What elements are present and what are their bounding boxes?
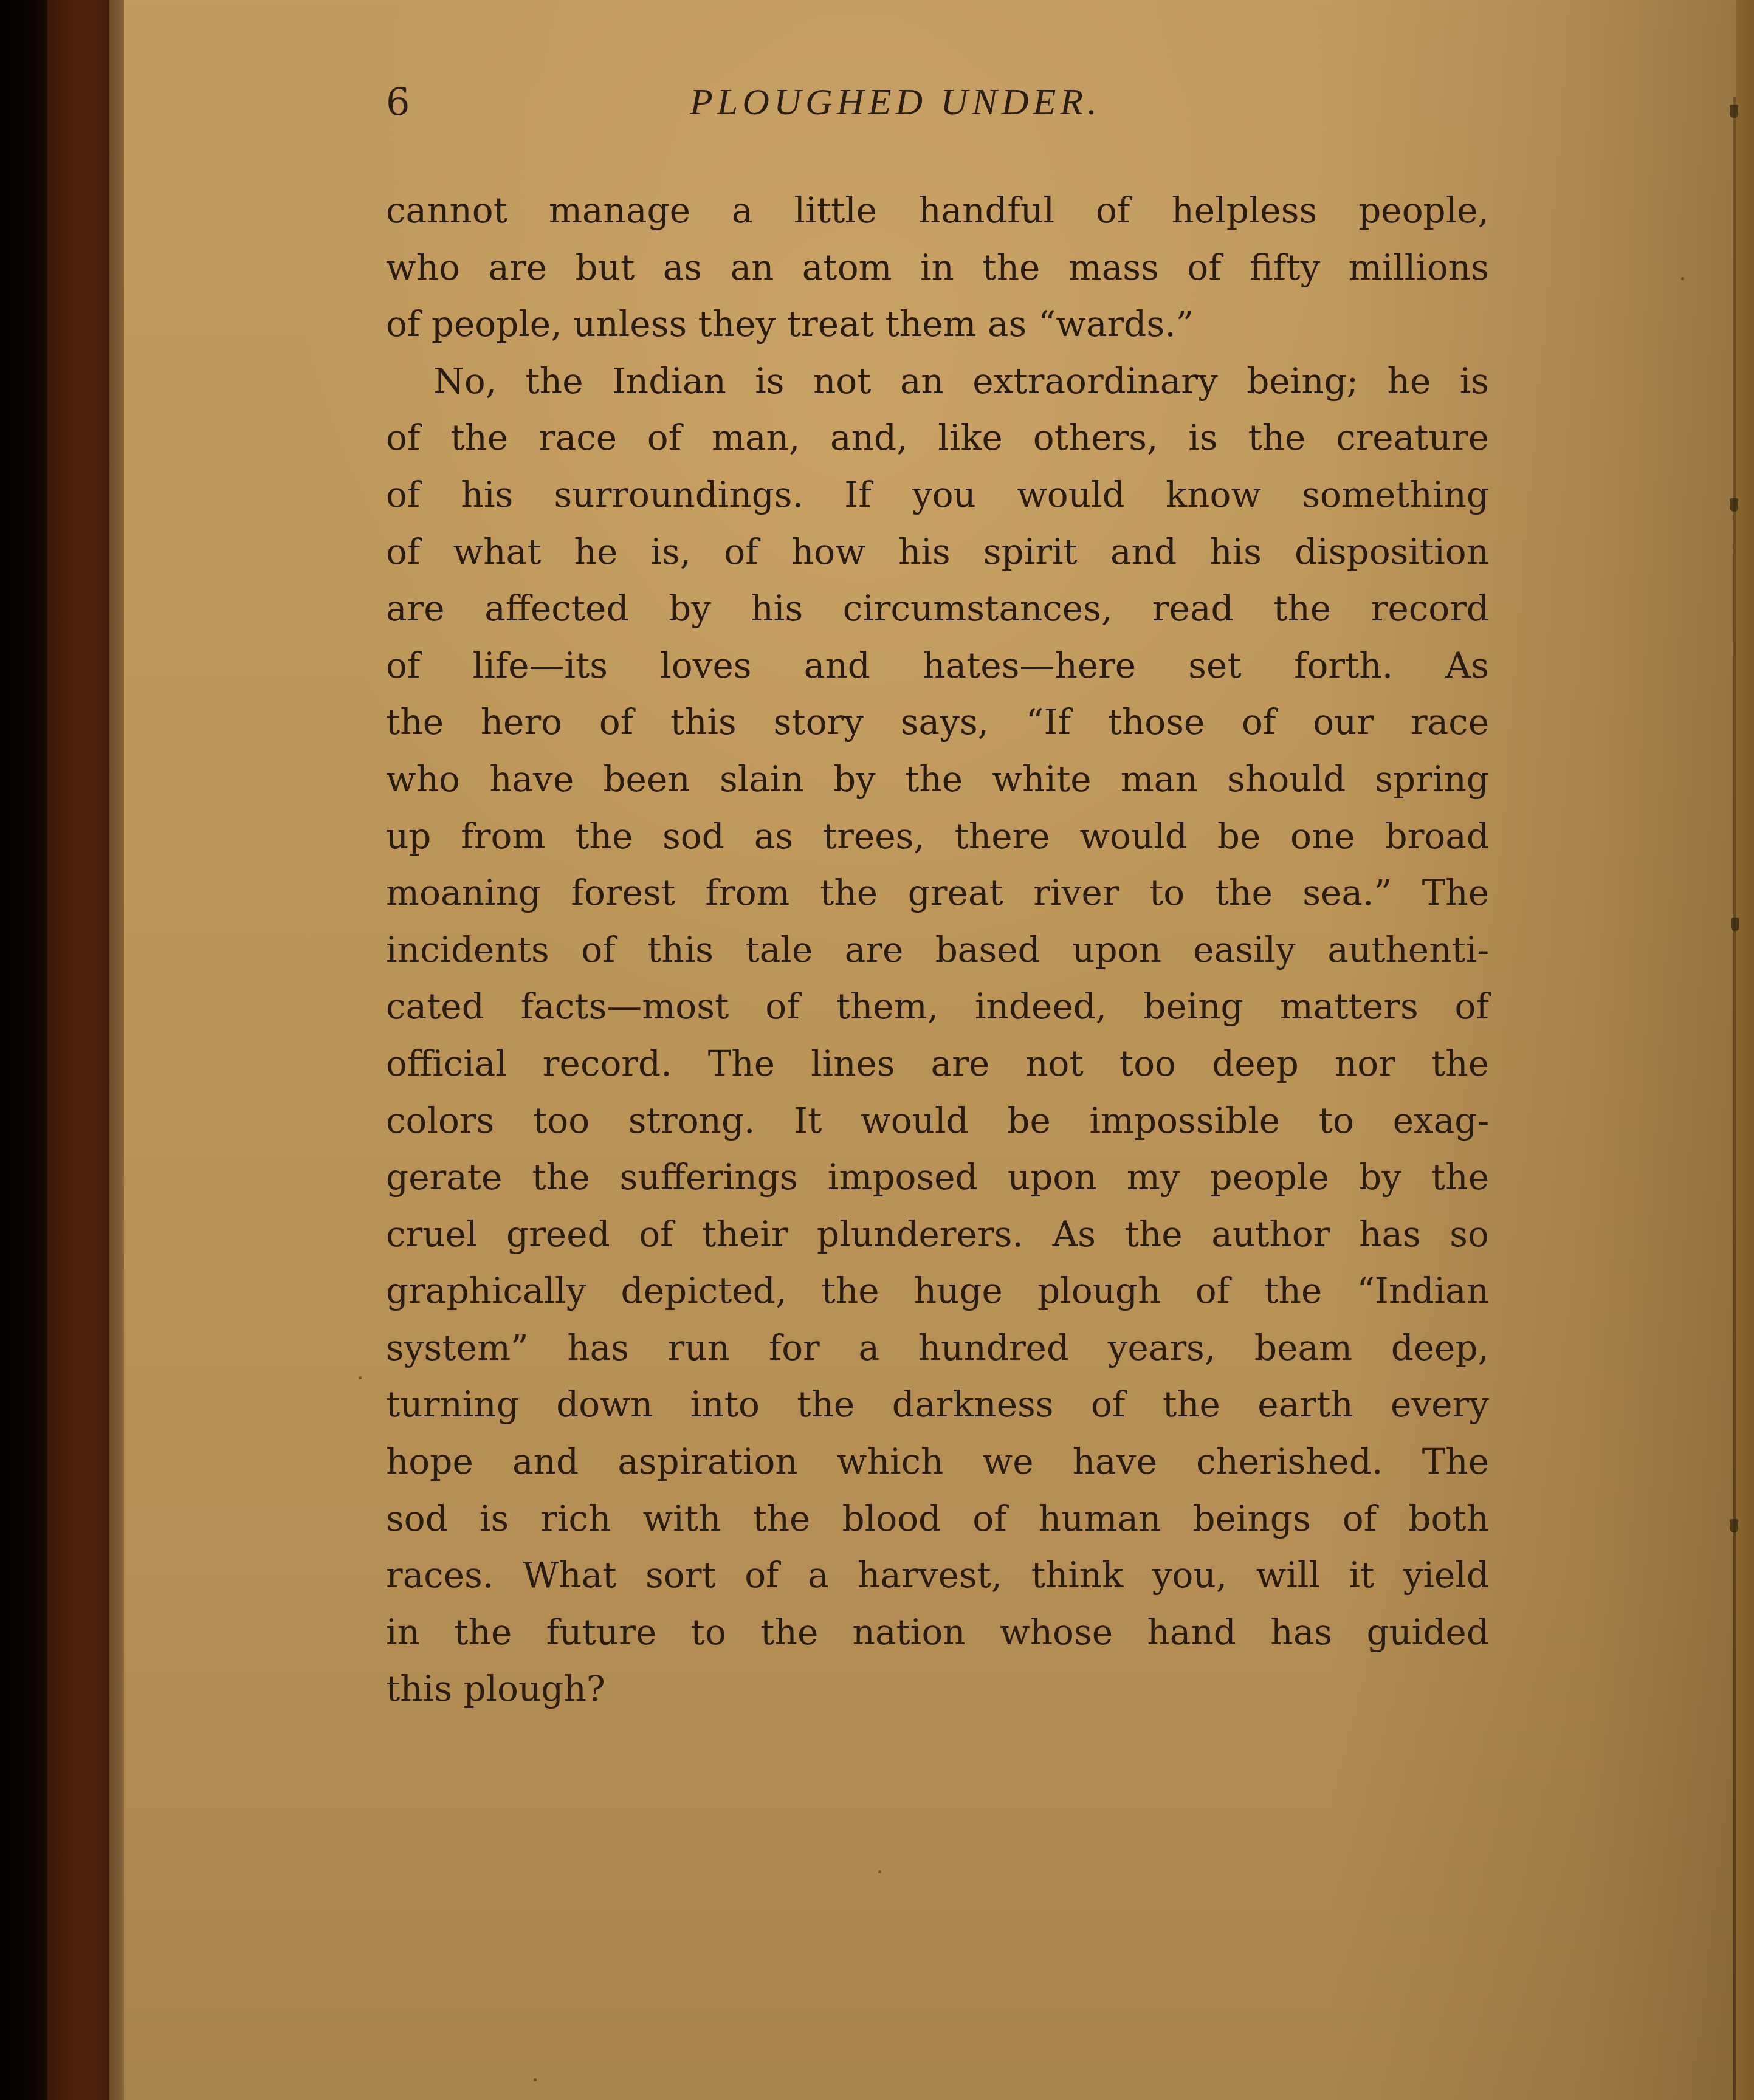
text-line: incidents of this tale are based upon ea… <box>386 922 1489 979</box>
text-line: races. What sort of a harvest, think you… <box>386 1547 1489 1604</box>
page-number: 6 <box>386 78 410 126</box>
edge-mark <box>1730 105 1738 118</box>
running-title: PLOUGHED UNDER. <box>690 78 1101 126</box>
text-line: of people, unless they treat them as “wa… <box>386 296 1489 353</box>
paper-speck <box>878 1870 881 1873</box>
paper-speck <box>1681 277 1684 280</box>
text-line: turning down into the darkness of the ea… <box>386 1376 1489 1433</box>
text-line: official record. The lines are not too d… <box>386 1035 1489 1093</box>
text-line: cruel greed of their plunderers. As the … <box>386 1206 1489 1263</box>
page-edge-line <box>1733 97 1736 2100</box>
text-line: No, the Indian is not an extraordinary b… <box>386 353 1489 410</box>
edge-mark <box>1730 498 1738 512</box>
edge-mark <box>1730 1519 1738 1532</box>
text-line: who have been slain by the white man sho… <box>386 751 1489 808</box>
text-line: up from the sod as trees, there would be… <box>386 808 1489 865</box>
text-line: who are but as an atom in the mass of fi… <box>386 239 1489 297</box>
text-line: of what he is, of how his spirit and his… <box>386 524 1489 581</box>
page-edges <box>1736 0 1754 2100</box>
text-line: hope and aspiration which we have cheris… <box>386 1433 1489 1491</box>
page-gutter-shadow <box>109 0 125 2100</box>
text-line: are affected by his circumstances, read … <box>386 580 1489 637</box>
text-line: cannot manage a little handful of helple… <box>386 182 1489 239</box>
paper-speck <box>534 2078 537 2081</box>
paper-speck <box>359 1376 362 1379</box>
body-text: cannot manage a little handful of helple… <box>386 182 1489 1718</box>
text-line: the hero of this story says, “If those o… <box>386 694 1489 751</box>
text-line: graphically depicted, the huge plough of… <box>386 1263 1489 1320</box>
text-line: moaning forest from the great river to t… <box>386 865 1489 922</box>
text-line: gerate the sufferings imposed upon my pe… <box>386 1149 1489 1206</box>
background-edge <box>0 0 49 2100</box>
edge-mark <box>1731 918 1739 931</box>
running-head: 6 PLOUGHED UNDER. <box>386 78 1498 126</box>
text-line: in the future to the nation whose hand h… <box>386 1604 1489 1661</box>
text-line: of his surroundings. If you would know s… <box>386 467 1489 524</box>
text-line: colors too strong. It would be impossibl… <box>386 1093 1489 1150</box>
text-line: of life—its loves and hates—here set for… <box>386 637 1489 695</box>
text-line: of the race of man, and, like others, is… <box>386 410 1489 467</box>
book-photo: 6 PLOUGHED UNDER. cannot manage a little… <box>0 0 1754 2100</box>
text-line: system” has run for a hundred years, bea… <box>386 1320 1489 1377</box>
text-line: this plough? <box>386 1661 1489 1718</box>
text-line: cated facts—most of them, indeed, being … <box>386 978 1489 1035</box>
text-line: sod is rich with the blood of human bein… <box>386 1491 1489 1548</box>
